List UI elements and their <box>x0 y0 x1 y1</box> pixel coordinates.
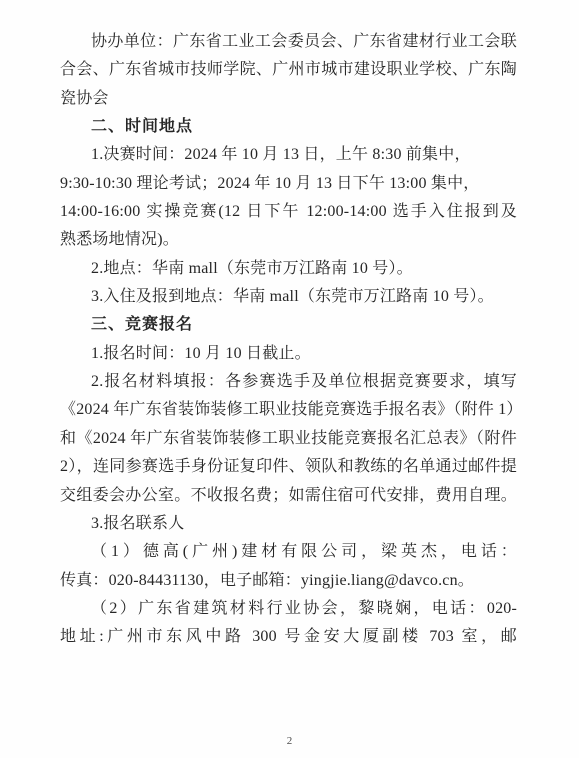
text-line: 交组委会办公室。不收报名费；如需住宿可代安排，费用自理。 <box>60 482 517 510</box>
text-line: 2.地点：华南 mall（东莞市万江路南 10 号）。 <box>60 255 517 283</box>
text-line: 地址:广州市东风中路 300 号金安大厦副楼 703 室，邮编:510300。 <box>60 623 517 651</box>
text-line: 熟悉场地情况)。 <box>60 226 517 254</box>
section-heading: 二、时间地点 <box>60 113 517 141</box>
document-page: 协办单位：广东省工业工会委员会、广东省建材行业工会联 合会、广东省城市技师学院、… <box>0 0 579 758</box>
text-line: 传真：020-84431130，电子邮箱：yingjie.liang@davco… <box>60 567 517 595</box>
text-line: 1.报名时间：10 月 10 日截止。 <box>60 340 517 368</box>
text-line: （1）德高(广州)建材有限公司，梁英杰，电话：19925842697， <box>60 538 517 566</box>
text-line: 1.决赛时间：2024 年 10 月 13 日，上午 8:30 前集中， <box>60 141 517 169</box>
page-number: 2 <box>0 735 579 747</box>
text-line: 3.入住及报到地点：华南 mall（东莞市万江路南 10 号）。 <box>60 283 517 311</box>
document-body: 协办单位：广东省工业工会委员会、广东省建材行业工会联 合会、广东省城市技师学院、… <box>60 28 517 652</box>
text-line: 2），连同参赛选手身份证复印件、领队和教练的名单通过邮件提 <box>60 453 517 481</box>
text-line: （2）广东省建筑材料行业协会，黎晓娴，电话：020-83326013， <box>60 595 517 623</box>
text-line: 和《2024 年广东省装饰装修工职业技能竞赛报名汇总表》（附件 <box>60 425 517 453</box>
text-line: 14:00-16:00 实操竞赛(12 日下午 12:00-14:00 选手入住… <box>60 198 517 226</box>
text-line: 2.报名材料填报：各参赛选手及单位根据竞赛要求，填写 <box>60 368 517 396</box>
text-line: 合会、广东省城市技师学院、广州市城市建设职业学校、广东陶 <box>60 56 517 84</box>
text-line: 瓷协会 <box>60 85 517 113</box>
text-line: 协办单位：广东省工业工会委员会、广东省建材行业工会联 <box>60 28 517 56</box>
text-line: 9:30-10:30 理论考试；2024 年 10 月 13 日下午 13:00… <box>60 170 517 198</box>
section-heading: 三、竞赛报名 <box>60 311 517 339</box>
text-line: 3.报名联系人 <box>60 510 517 538</box>
text-line: 《2024 年广东省装饰装修工职业技能竞赛选手报名表》（附件 1） <box>60 396 517 424</box>
